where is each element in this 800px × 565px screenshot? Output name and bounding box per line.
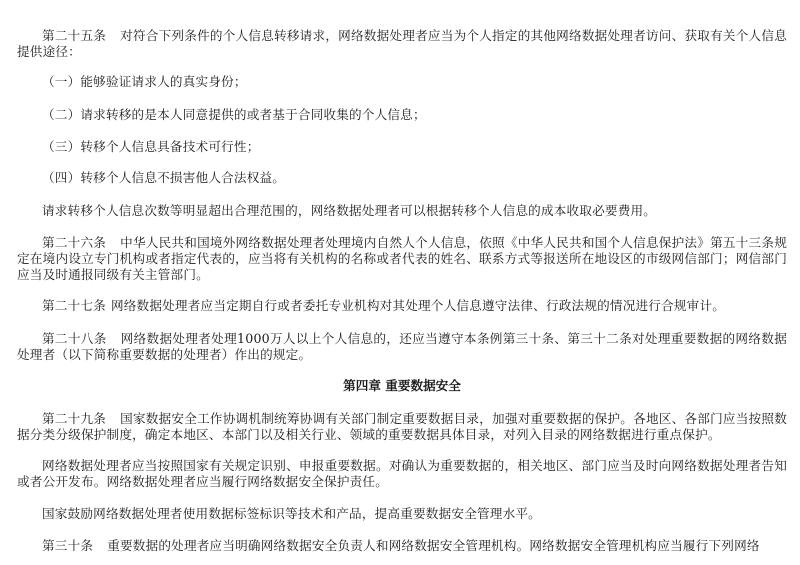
paragraph: 请求转移个人信息次数等明显超出合理范围的，网络数据处理者可以根据转移个人信息的成… (17, 203, 787, 219)
article-number: 第二十六条 (42, 235, 106, 250)
article-29: 第二十九条国家数据安全工作协调机制统筹协调有关部门制定重要数据目录，加强对重要数… (17, 411, 787, 443)
article-number: 第二十九条 (42, 411, 106, 426)
chapter-heading: 第四章 重要数据安全 (17, 378, 787, 394)
article-26: 第二十六条中华人民共和国境外网络数据处理者处理境内自然人个人信息，依照《中华人民… (17, 235, 787, 283)
list-item: （三）转移个人信息具备技术可行性； (17, 139, 787, 155)
article-text: 中华人民共和国境外网络数据处理者处理境内自然人个人信息，依照《中华人民共和国个人… (17, 235, 787, 282)
list-item: （四）转移个人信息不损害他人合法权益。 (17, 170, 787, 186)
paragraph: 国家鼓励网络数据处理者使用数据标签标识等技术和产品，提高重要数据安全管理水平。 (17, 506, 787, 522)
article-text: 网络数据处理者应当定期自行或者委托专业机构对其处理个人信息遵守法律、行政法规的情… (111, 298, 725, 313)
article-number: 第二十七条 (42, 298, 106, 313)
article-30: 第三十条重要数据的处理者应当明确网络数据安全负责人和网络数据安全管理机构。网络数… (17, 538, 787, 554)
article-text: 重要数据的处理者应当明确网络数据安全负责人和网络数据安全管理机构。网络数据安全管… (107, 538, 759, 553)
article-27: 第二十七条网络数据处理者应当定期自行或者委托专业机构对其处理个人信息遵守法律、行… (17, 298, 787, 314)
list-item: （二）请求转移的是本人同意提供的或者基于合同收集的个人信息； (17, 107, 787, 123)
list-item: （一）能够验证请求人的真实身份； (17, 74, 787, 90)
article-28: 第二十八条网络数据处理者处理1000万人以上个人信息的，还应当遵守本条例第三十条… (17, 331, 787, 363)
article-text: 国家数据安全工作协调机制统筹协调有关部门制定重要数据目录，加强对重要数据的保护。… (17, 411, 787, 442)
article-number: 第二十八条 (42, 331, 107, 346)
paragraph: 网络数据处理者应当按照国家有关规定识别、申报重要数据。对确认为重要数据的，相关地… (17, 458, 787, 490)
article-number: 第二十五条 (42, 28, 106, 43)
article-number: 第三十条 (42, 538, 93, 553)
article-text: 对符合下列条件的个人信息转移请求，网络数据处理者应当为个人指定的其他网络数据处理… (17, 28, 787, 59)
article-text: 网络数据处理者处理1000万人以上个人信息的，还应当遵守本条例第三十条、第三十二… (17, 331, 787, 362)
article-25: 第二十五条对符合下列条件的个人信息转移请求，网络数据处理者应当为个人指定的其他网… (17, 28, 787, 60)
